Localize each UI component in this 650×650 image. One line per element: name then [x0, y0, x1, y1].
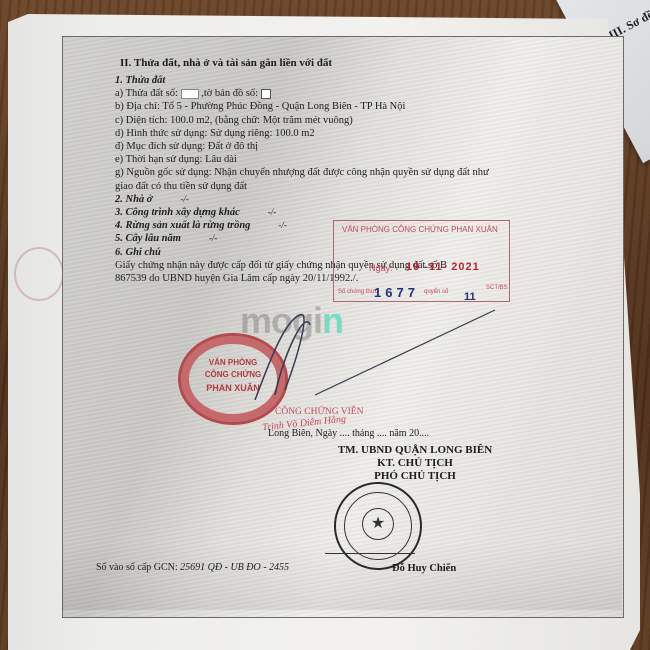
notary-book-number: 11 [464, 291, 476, 303]
line-term: e) Thời hạn sử dụng: Lâu dài [115, 153, 535, 166]
mogi-watermark: mogin [240, 300, 343, 342]
notary-number: 1677 [374, 285, 419, 300]
signer-name: Đỗ Huy Chiến [392, 563, 456, 574]
line-address: b) Địa chỉ: Tổ 5 - Phường Phúc Đồng - Qu… [115, 100, 535, 113]
section-title: II. Thửa đất, nhà ở và tài sản gắn liền … [120, 57, 332, 70]
redacted-parcel-number [181, 89, 199, 99]
issuing-authority: TM. UBND QUẬN LONG BIÊN KT. CHỦ TỊCH PHÓ… [300, 444, 530, 483]
issue-date-line: Long Biên, Ngày .... tháng .... năm 20..… [268, 428, 429, 439]
item-other-construction: 3. Công trình xây dựng khác-/- [115, 206, 535, 219]
government-seal: ★ [334, 482, 422, 570]
signature-line [325, 553, 415, 554]
state-emblem-icon: ★ [362, 508, 394, 540]
line-area: c) Diện tích: 100.0 m2, (bằng chữ: Một t… [115, 114, 535, 127]
notary-book-suffix: SCT/BS [486, 285, 508, 291]
line-origin: g) Nguồn gốc sử dụng: Nhận chuyển nhượng… [115, 166, 535, 179]
notary-certification-stamp: VĂN PHÒNG CÔNG CHỨNG PHAN XUÂN Ngày: 19 … [333, 220, 510, 302]
gcn-registry-line: Số vào sổ cấp GCN: 25691 QĐ - UB ĐO - 24… [96, 562, 289, 573]
notary-office-name: VĂN PHÒNG CÔNG CHỨNG PHAN XUÂN [342, 225, 498, 234]
gcn-registry-number: 25691 QĐ - UB ĐO - 2455 [180, 562, 289, 573]
notary-number-label: Số chứng thực [338, 289, 378, 295]
parcel-heading: 1. Thửa đất [115, 74, 535, 87]
line-parcel-number: a) Thửa đất số: ,tờ bản đồ số: [115, 87, 535, 100]
notary-book-label: quyển số [424, 289, 448, 295]
redacted-map-number [261, 89, 271, 99]
line-usage-form: d) Hình thức sử dụng: Sử dụng riêng: 100… [115, 127, 535, 140]
notary-date: 19 -11- 2021 [406, 261, 480, 273]
faded-stamp-mark [14, 247, 64, 301]
notary-red-seal: VĂN PHÒNG CÔNG CHỨNG PHAN XUÂN [178, 333, 288, 425]
line-purpose: đ) Mục đích sử dụng: Đất ở đô thị [115, 140, 535, 153]
line-origin-cont: giao đất có thu tiền sử dụng đất [115, 180, 535, 193]
notary-date-label: Ngày: [369, 263, 393, 273]
item-house: 2. Nhà ở-/- [115, 193, 535, 206]
